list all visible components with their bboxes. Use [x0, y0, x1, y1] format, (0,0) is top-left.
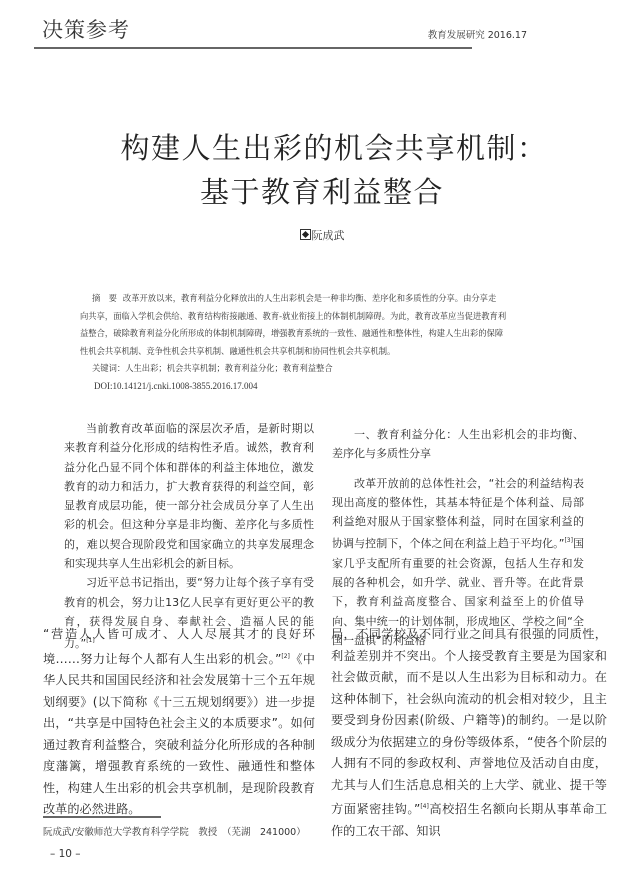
abstract-line: 摘 要改革开放以来，教育利益分化释放出的人生出彩机会是一种非均衡、差序化和多质性…: [94, 290, 558, 308]
abstract-block: 摘 要改革开放以来，教育利益分化释放出的人生出彩机会是一种非均衡、差序化和多质性…: [94, 290, 558, 395]
citation-ref: [3]: [564, 537, 573, 544]
body-column-upper-left: 当前教育改革面临的深层次矛盾，是新时期以来教育利益分化形成的结构性矛盾。诚然，教…: [64, 419, 314, 654]
body-paragraph: 局，不同学校及不同行业之间具有很强的同质性，利益差别并不突出。个人接受教育主要是…: [331, 624, 607, 842]
section-title: 决策参考: [42, 14, 130, 44]
body-column-lower-right: 局，不同学校及不同行业之间具有很强的同质性，利益差别并不突出。个人接受教育主要是…: [331, 624, 607, 842]
abstract-line: 性机会共享机制、竞争性机会共享机制、融通性机会共享机制和协同性机会共享机制。: [80, 343, 558, 361]
article-title-line-2: 基于教育利益整合: [0, 172, 644, 212]
section-heading: 一、教育利益分化：人生出彩机会的非均衡、差序化与多质性分享: [332, 425, 584, 464]
footnote-divider: [43, 816, 161, 818]
author-marker-icon: [300, 229, 311, 240]
abstract-line: 向共享，面临入学机会供给、教育结构衔接融通、教育-就业衔接上的体制机制障碍。为此…: [80, 308, 558, 326]
author-name: 阮成武: [312, 229, 345, 242]
citation-ref: [2]: [281, 653, 290, 660]
body-column-upper-right: 一、教育利益分化：人生出彩机会的非均衡、差序化与多质性分享 改革开放前的总体性社…: [332, 425, 584, 650]
author-affiliation: 阮成武/安徽师范大学教育科学学院 教授 （芜湖 241000）: [43, 824, 306, 838]
header-divider: [34, 47, 472, 49]
author-byline: 阮成武: [0, 227, 644, 243]
article-title-line-1: 构建人生出彩的机会共享机制：: [12, 128, 644, 168]
doi: DOI:10.14121/j.cnki.1008-3855.2016.17.00…: [94, 378, 558, 396]
page-number: – 10 –: [50, 848, 81, 860]
keywords-text: ：人生出彩；机会共享机制；教育利益分化；教育利益整合: [117, 363, 333, 373]
abstract-line: 益整合，破除教育利益分化所形成的体制机制障碍，增强教育系统的一致性、融通性和整体…: [80, 325, 558, 343]
journal-issue: 教育发展研究 2016.17: [428, 27, 527, 41]
body-column-lower-left: “营造人人皆可成才、人人尽展其才的良好环境……努力让每个人都有人生出彩的机会。”…: [43, 624, 315, 821]
abstract-label: 摘 要: [92, 293, 117, 303]
keywords-label: 关键词: [92, 363, 117, 373]
body-paragraph: “营造人人皆可成才、人人尽展其才的良好环境……努力让每个人都有人生出彩的机会。”…: [43, 624, 315, 821]
body-paragraph: 当前教育改革面临的深层次矛盾，是新时期以来教育利益分化形成的结构性矛盾。诚然，教…: [64, 419, 314, 573]
citation-ref: [4]: [420, 803, 429, 810]
keywords: 关键词：人生出彩；机会共享机制；教育利益分化；教育利益整合: [92, 360, 558, 378]
